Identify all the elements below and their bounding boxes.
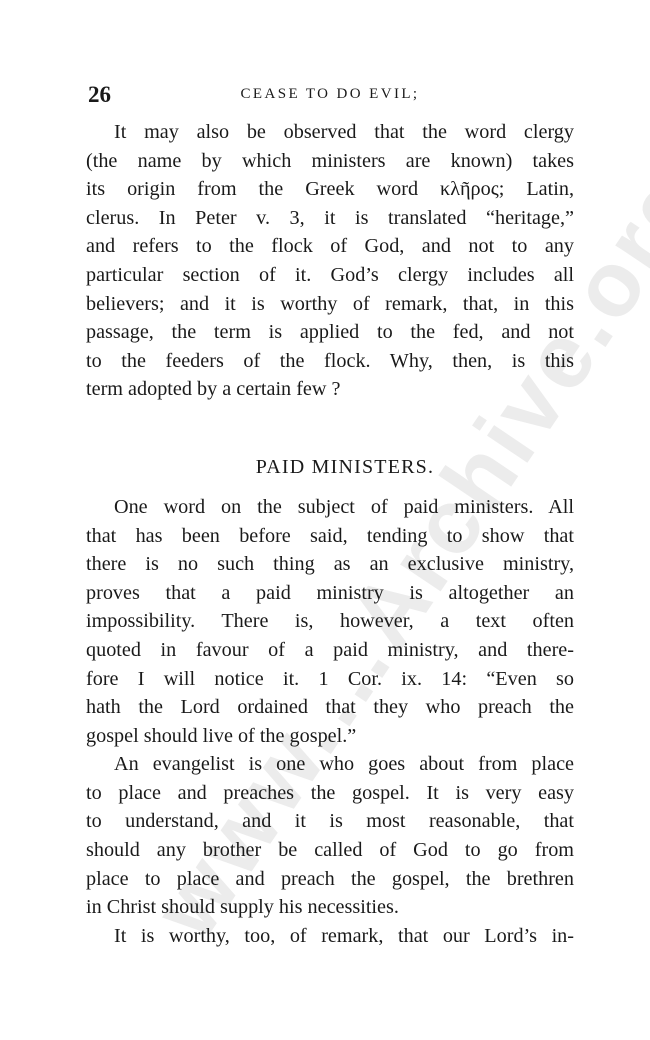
running-head: 26 CEASE TO DO EVIL; bbox=[86, 78, 574, 118]
text-line: It may also be observed that the word cl… bbox=[86, 118, 574, 147]
text-line: place to place and preach the gospel, th… bbox=[86, 865, 574, 894]
text-line: to the feeders of the flock. Why, then, … bbox=[86, 347, 574, 376]
text-line: there is no such thing as an exclusive m… bbox=[86, 550, 574, 579]
paragraph-clergy: It may also be observed that the word cl… bbox=[86, 118, 574, 404]
text-line: One word on the subject of paid minister… bbox=[86, 493, 574, 522]
text-line: that has been before said, tending to sh… bbox=[86, 522, 574, 551]
text-line: should any brother be called of God to g… bbox=[86, 836, 574, 865]
text-line: (the name by which ministers are known) … bbox=[86, 147, 574, 176]
text-line: and refers to the flock of God, and not … bbox=[86, 232, 574, 261]
text-line: gospel should live of the gospel.” bbox=[86, 722, 574, 751]
text-line: quoted in favour of a paid ministry, and… bbox=[86, 636, 574, 665]
text-line: to place and preaches the gospel. It is … bbox=[86, 779, 574, 808]
text-line: It is worthy, too, of remark, that our L… bbox=[86, 922, 574, 951]
section-heading: PAID MINISTERS. bbox=[86, 456, 574, 479]
text-line: to understand, and it is most reasonable… bbox=[86, 807, 574, 836]
text-line: clerus. In Peter v. 3, it is translated … bbox=[86, 204, 574, 233]
text-line: impossibility. There is, however, a text… bbox=[86, 607, 574, 636]
paragraph-lords-instructions: It is worthy, too, of remark, that our L… bbox=[86, 922, 574, 951]
text-line: term adopted by a certain few ? bbox=[86, 375, 574, 404]
text-line: its origin from the Greek word κλῆρος; L… bbox=[86, 175, 574, 204]
text-line: proves that a paid ministry is altogethe… bbox=[86, 579, 574, 608]
text-line: An evangelist is one who goes about from… bbox=[86, 750, 574, 779]
text-line: fore I will notice it. 1 Cor. ix. 14: “E… bbox=[86, 665, 574, 694]
text-line: passage, the term is applied to the fed,… bbox=[86, 318, 574, 347]
text-line: believers; and it is worthy of remark, t… bbox=[86, 290, 574, 319]
running-title: CEASE TO DO EVIL; bbox=[86, 86, 574, 103]
paragraph-evangelist: An evangelist is one who goes about from… bbox=[86, 750, 574, 922]
text-line: in Christ should supply his necessities. bbox=[86, 893, 574, 922]
text-line: particular section of it. God’s clergy i… bbox=[86, 261, 574, 290]
text-line: hath the Lord ordained that they who pre… bbox=[86, 693, 574, 722]
book-page: 26 CEASE TO DO EVIL; It may also be obse… bbox=[86, 78, 574, 950]
paragraph-paid-ministers: One word on the subject of paid minister… bbox=[86, 493, 574, 750]
